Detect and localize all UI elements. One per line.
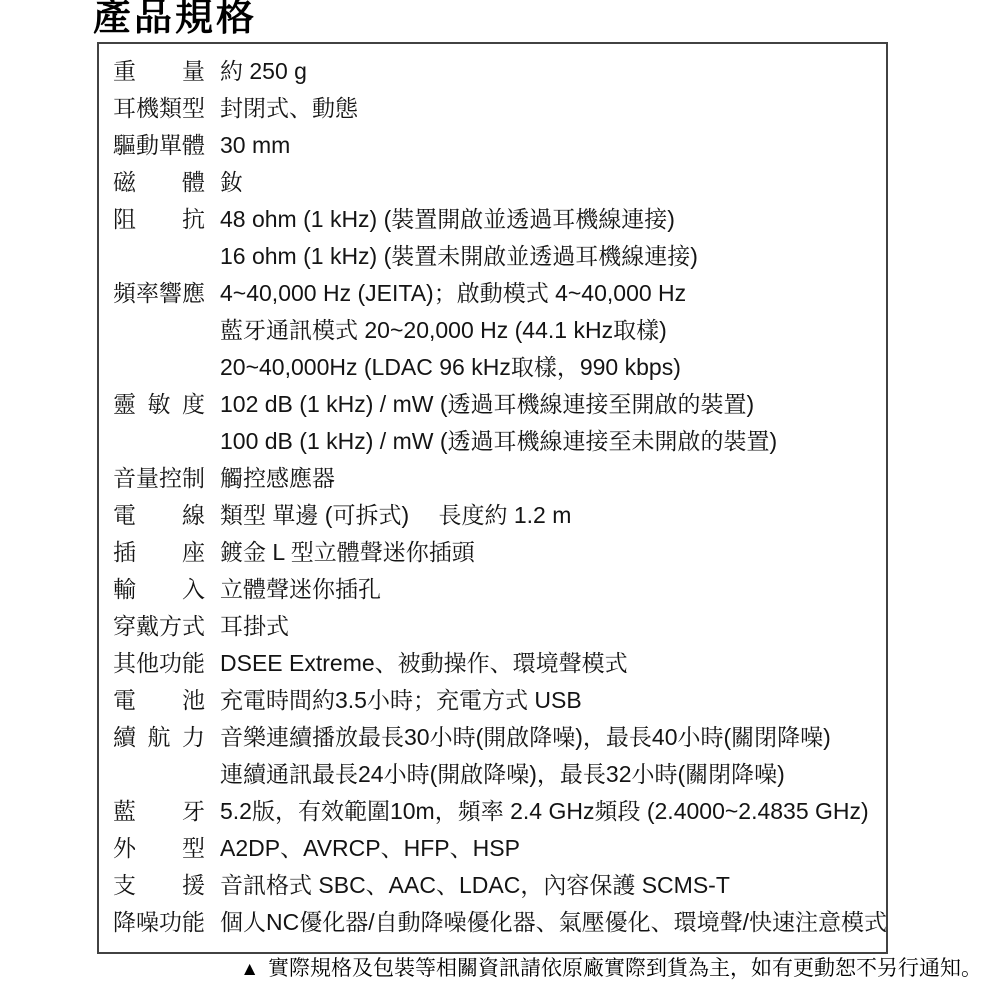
- spec-value: 耳掛式: [220, 608, 289, 645]
- spec-value: 連續通訊最長24小時(開啟降噪)，最長32小時(關閉降噪): [220, 756, 785, 793]
- spec-value: 音訊格式 SBC、AAC、LDAC，內容保護 SCMS-T: [220, 867, 730, 904]
- spec-value: DSEE Extreme、被動操作、環境聲模式: [220, 645, 628, 682]
- spec-row-cord: 電線 類型 單邊 (可拆式) 長度約 1.2 m: [113, 497, 878, 534]
- spec-row-driver-unit: 驅動單體 30 mm: [113, 127, 878, 164]
- spec-row-plug: 插座 鍍金 L 型立體聲迷你插頭: [113, 534, 878, 571]
- spec-row-battery-life: 續航力 音樂連續播放最長30小時(開啟降噪)，最長40小時(關閉降噪): [113, 719, 878, 756]
- spec-value: 個人NC優化器/自動降噪優化器、氣壓優化、環境聲/快速注意模式: [220, 904, 887, 941]
- spec-sheet: 產品規格 重量 約 250 g 耳機類型 封閉式、動態 驅動單體 30 mm 磁…: [0, 0, 985, 985]
- disclaimer-note: ▲實際規格及包裝等相關資訊請依原廠實際到貨為主，如有更動恕不另行通知。: [240, 956, 982, 983]
- spec-label: 續航力: [113, 719, 205, 756]
- spec-row-magnet: 磁體 釹: [113, 164, 878, 201]
- spec-row-profiles: 外型 A2DP、AVRCP、HFP、HSP: [113, 830, 878, 867]
- spec-label: 降噪功能: [113, 904, 205, 941]
- spec-label: 音量控制: [113, 460, 205, 497]
- spec-label: 阻抗: [113, 201, 205, 238]
- spec-row-sensitivity: 靈敏度 102 dB (1 kHz) / mW (透過耳機線連接至開啟的裝置): [113, 386, 878, 423]
- spec-value: 音樂連續播放最長30小時(開啟降噪)，最長40小時(關閉降噪): [220, 719, 831, 756]
- spec-value: 封閉式、動態: [220, 90, 358, 127]
- spec-label: 驅動單體: [113, 127, 205, 164]
- spec-value: 釹: [220, 164, 243, 201]
- spec-row-headphone-type: 耳機類型 封閉式、動態: [113, 90, 878, 127]
- spec-label: 磁體: [113, 164, 205, 201]
- spec-value: 充電時間約3.5小時；充電方式 USB: [220, 682, 582, 719]
- spec-row-frequency-response-cont2: 20~40,000Hz (LDAC 96 kHz取樣，990 kbps): [113, 349, 878, 386]
- spec-value: 4~40,000 Hz (JEITA)；啟動模式 4~40,000 Hz: [220, 275, 686, 312]
- spec-label: 電線: [113, 497, 205, 534]
- spec-row-impedance-cont: 16 ohm (1 kHz) (裝置未開啟並透過耳機線連接): [113, 238, 878, 275]
- spec-row-frequency-response-cont: 藍牙通訊模式 20~20,000 Hz (44.1 kHz取樣): [113, 312, 878, 349]
- spec-label: 藍牙: [113, 793, 205, 830]
- spec-value: 5.2版，有效範圍10m，頻率 2.4 GHz頻段 (2.4000~2.4835…: [220, 793, 869, 830]
- warning-triangle-icon: ▲: [240, 959, 259, 980]
- spec-value: 約 250 g: [220, 53, 307, 90]
- spec-value: 100 dB (1 kHz) / mW (透過耳機線連接至未開啟的裝置): [220, 423, 777, 460]
- spec-label: 外型: [113, 830, 205, 867]
- spec-value: 102 dB (1 kHz) / mW (透過耳機線連接至開啟的裝置): [220, 386, 754, 423]
- spec-value: 20~40,000Hz (LDAC 96 kHz取樣，990 kbps): [220, 349, 681, 386]
- spec-label: 其他功能: [113, 645, 205, 682]
- spec-row-volume-control: 音量控制 觸控感應器: [113, 460, 878, 497]
- spec-row-noise-cancelling: 降噪功能 個人NC優化器/自動降噪優化器、氣壓優化、環境聲/快速注意模式: [113, 904, 878, 941]
- spec-label: 支援: [113, 867, 205, 904]
- spec-value: 16 ohm (1 kHz) (裝置未開啟並透過耳機線連接): [220, 238, 698, 275]
- spec-row-input: 輸入 立體聲迷你插孔: [113, 571, 878, 608]
- spec-value: 鍍金 L 型立體聲迷你插頭: [220, 534, 475, 571]
- spec-row-other-functions: 其他功能 DSEE Extreme、被動操作、環境聲模式: [113, 645, 878, 682]
- spec-label: 靈敏度: [113, 386, 205, 423]
- spec-row-battery: 電池 充電時間約3.5小時；充電方式 USB: [113, 682, 878, 719]
- spec-label: 電池: [113, 682, 205, 719]
- spec-label: 重量: [113, 53, 205, 90]
- spec-value: 30 mm: [220, 127, 290, 164]
- spec-row-battery-life-cont: 連續通訊最長24小時(開啟降噪)，最長32小時(關閉降噪): [113, 756, 878, 793]
- disclaimer-text: 實際規格及包裝等相關資訊請依原廠實際到貨為主，如有更動恕不另行通知。: [268, 957, 982, 980]
- page-title: 產品規格: [93, 0, 257, 40]
- spec-row-weight: 重量 約 250 g: [113, 53, 878, 90]
- spec-value: 觸控感應器: [220, 460, 335, 497]
- spec-value: 48 ohm (1 kHz) (裝置開啟並透過耳機線連接): [220, 201, 675, 238]
- spec-row-supported-formats: 支援 音訊格式 SBC、AAC、LDAC，內容保護 SCMS-T: [113, 867, 878, 904]
- spec-row-bluetooth: 藍牙 5.2版，有效範圍10m，頻率 2.4 GHz頻段 (2.4000~2.4…: [113, 793, 878, 830]
- spec-value: 類型 單邊 (可拆式) 長度約 1.2 m: [220, 497, 571, 534]
- spec-row-sensitivity-cont: 100 dB (1 kHz) / mW (透過耳機線連接至未開啟的裝置): [113, 423, 878, 460]
- spec-value: 立體聲迷你插孔: [220, 571, 381, 608]
- spec-label: 插座: [113, 534, 205, 571]
- spec-row-impedance: 阻抗 48 ohm (1 kHz) (裝置開啟並透過耳機線連接): [113, 201, 878, 238]
- spec-table: 重量 約 250 g 耳機類型 封閉式、動態 驅動單體 30 mm 磁體 釹 阻…: [97, 42, 888, 954]
- spec-row-wearing-style: 穿戴方式 耳掛式: [113, 608, 878, 645]
- spec-label: 穿戴方式: [113, 608, 205, 645]
- spec-value: A2DP、AVRCP、HFP、HSP: [220, 830, 520, 867]
- spec-value: 藍牙通訊模式 20~20,000 Hz (44.1 kHz取樣): [220, 312, 667, 349]
- spec-row-frequency-response: 頻率響應 4~40,000 Hz (JEITA)；啟動模式 4~40,000 H…: [113, 275, 878, 312]
- spec-label: 耳機類型: [113, 90, 205, 127]
- spec-label: 輸入: [113, 571, 205, 608]
- spec-label: 頻率響應: [113, 275, 205, 312]
